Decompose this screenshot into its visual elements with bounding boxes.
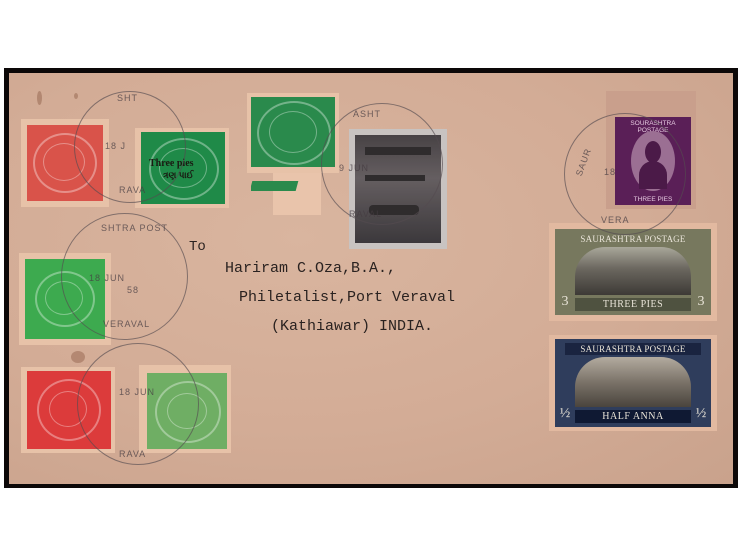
postmark-text: VERAVAL [103,319,150,329]
envelope-cover: Three pies ત્રણ પાઈ SOURASHTRA POSTAGE [9,73,733,484]
postmark-circle [77,343,199,465]
postmark-date: 9 JUN [339,163,369,173]
stamp-value-right: 3 [695,295,707,309]
address-line-occupation: Philetalist,Port Veraval [239,289,455,306]
postmark-text: RAVAL [349,209,382,219]
stamp-label-bottom: THREE PIES [575,298,691,311]
postmark-date: 18 JUN [89,273,125,283]
stamp-value-left: 3 [559,295,571,309]
stain [37,91,42,105]
address-salutation: To [189,239,206,255]
postmark-text: ASHT [353,109,381,119]
stain [74,93,78,99]
postmark-text: RAVA [119,185,146,195]
postmark-text: VERA [601,215,630,225]
postmark-text: SHTRA POST [101,223,168,233]
stamp-label-bottom: HALF ANNA [575,410,691,423]
postmark-date: 18 [604,167,616,177]
stamp-green-fragment [251,173,321,215]
stamp-label-top: SAURASHTRA POSTAGE [565,233,701,245]
stain [71,351,85,363]
stamp-three-pies: SAURASHTRA POSTAGE 3 THREE PIES 3 [549,223,717,321]
postmark-date: 18 JUN [119,387,155,397]
postmark-date: 18 J [105,141,126,151]
postmark-text: RAVA [119,449,146,459]
stamp-label-top: SAURASHTRA POSTAGE [565,343,701,355]
stamp-value-right: ½ [695,407,707,421]
stamp-half-anna: SAURASHTRA POSTAGE ½ HALF ANNA ½ [549,335,717,431]
address-line-region: (Kathiawar) INDIA. [271,318,433,335]
address-line-name: Hariram C.Oza,B.A., [225,260,396,277]
postmark-text: SHT [117,93,138,103]
stamp-value-left: ½ [559,407,571,421]
postmark-year: 58 [127,285,139,295]
